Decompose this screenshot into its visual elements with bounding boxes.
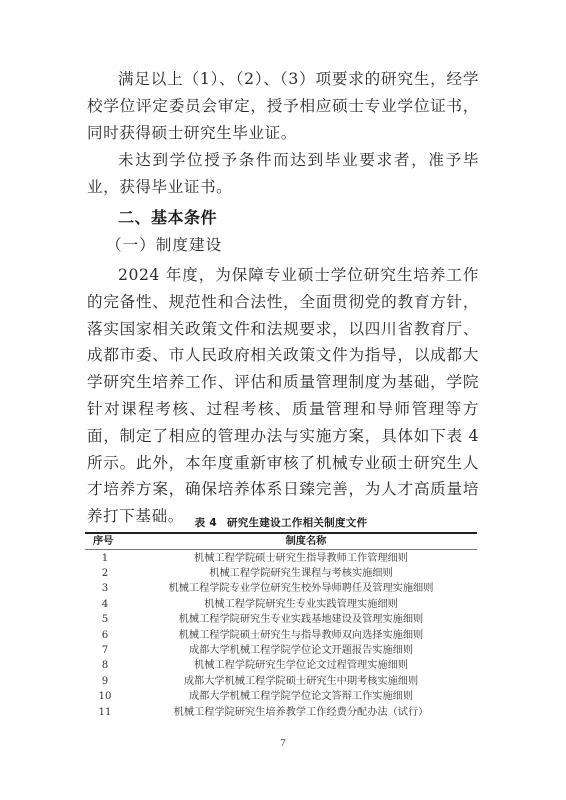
table-header-row: 序号 制度名称 [85,534,477,549]
row-regulation-name: 机械工程学院研究生专业实践基地建设及管理实施细则 [125,612,477,627]
header-regulation-name: 制度名称 [135,534,477,549]
paragraph-graduation-only: 未达到学位授予条件而达到毕业要求者，准予毕业，获得毕业证书。 [87,147,479,201]
table-row: 8机械工程学院研究生学位论文过程管理实施细则 [85,658,477,673]
paragraph-system-construction: 2024 年度，为保障专业硕士学位研究生培养工作的完备性、规范性和合法性，全面贯… [87,262,479,530]
row-regulation-name: 成都大学机械工程学院学位论文答辩工作实施细则 [125,689,477,704]
table-row: 11机械工程学院研究生培养教学工作经费分配办法（试行） [85,705,477,720]
regulations-table: 序号 制度名称 1机械工程学院硕士研究生指导教师工作管理细则 2机械工程学院研究… [85,532,477,720]
document-page: 满足以上（1）、（2）、（3）项要求的研究生，经学校学位评定委员会审定，授予相应… [0,0,566,800]
table-row: 1机械工程学院硕士研究生指导教师工作管理细则 [85,551,477,566]
table-row: 9成都大学机械工程学院硕士研究生中期考核实施细则 [85,674,477,689]
table-row: 5机械工程学院研究生专业实践基地建设及管理实施细则 [85,612,477,627]
table-row: 2机械工程学院研究生课程与考核实施细则 [85,566,477,581]
table-row: 10成都大学机械工程学院学位论文答辩工作实施细则 [85,689,477,704]
row-regulation-name: 机械工程学院硕士研究生与指导教师双向选择实施细则 [125,628,477,643]
table-row: 7成都大学机械工程学院学位论文开题报告实施细则 [85,643,477,658]
row-regulation-name: 机械工程学院硕士研究生指导教师工作管理细则 [125,551,477,566]
row-index: 10 [85,689,125,704]
header-index: 序号 [85,534,135,549]
row-index: 3 [85,581,125,596]
page-number: 7 [0,739,566,749]
row-index: 9 [85,674,125,689]
row-index: 6 [85,628,125,643]
row-index: 1 [85,551,125,566]
table-row: 6机械工程学院硕士研究生与指导教师双向选择实施细则 [85,628,477,643]
row-index: 4 [85,597,125,612]
row-regulation-name: 机械工程学院专业学位研究生校外导师聘任及管理实施细则 [125,581,477,596]
row-regulation-name: 机械工程学院研究生专业实践管理实施细则 [125,597,477,612]
row-regulation-name: 成都大学机械工程学院学位论文开题报告实施细则 [125,643,477,658]
row-index: 11 [85,705,125,720]
row-index: 5 [85,612,125,627]
table-row: 3机械工程学院专业学位研究生校外导师聘任及管理实施细则 [85,581,477,596]
subsection-heading: （一）制度建设 [106,233,222,255]
row-regulation-name: 机械工程学院研究生课程与考核实施细则 [125,566,477,581]
table-row: 4机械工程学院研究生专业实践管理实施细则 [85,597,477,612]
row-index: 8 [85,658,125,673]
table-caption: 表 4研究生建设工作相关制度文件 [85,515,477,530]
table-caption-title: 研究生建设工作相关制度文件 [227,517,367,529]
section-heading: 二、基本条件 [118,205,217,228]
row-regulation-name: 机械工程学院研究生培养教学工作经费分配办法（试行） [125,705,477,720]
paragraph-degree-award: 满足以上（1）、（2）、（3）项要求的研究生，经学校学位评定委员会审定，授予相应… [87,66,479,146]
row-index: 2 [85,566,125,581]
row-regulation-name: 成都大学机械工程学院硕士研究生中期考核实施细则 [125,674,477,689]
row-index: 7 [85,643,125,658]
table-caption-number: 表 4 [195,517,217,529]
row-regulation-name: 机械工程学院研究生学位论文过程管理实施细则 [125,658,477,673]
